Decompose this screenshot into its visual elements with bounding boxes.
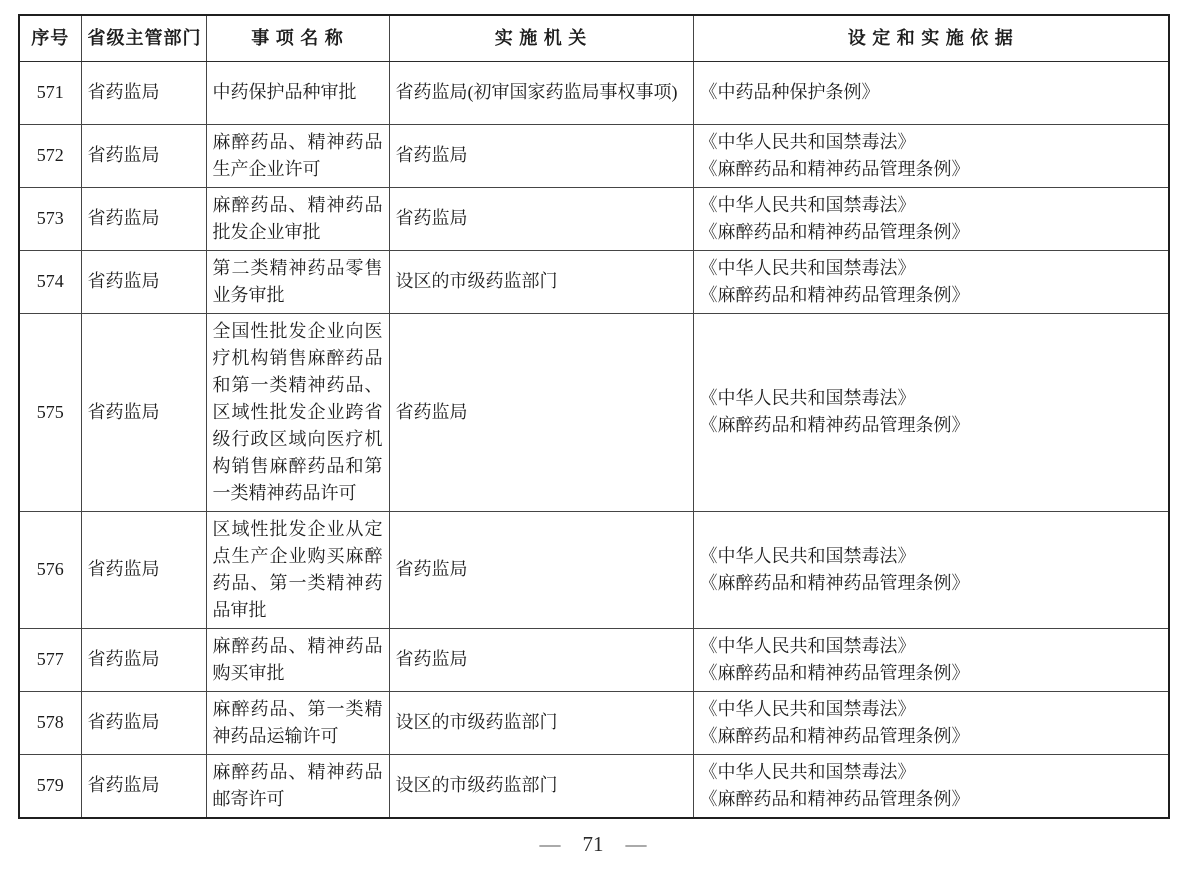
cell-serial-number: 577 (19, 628, 81, 691)
cell-implementing-agency: 省药监局 (389, 187, 693, 250)
cell-legal-basis: 《中华人民共和国禁毒法》 《麻醉药品和精神药品管理条例》 (693, 124, 1169, 187)
column-header-3: 实 施 机 关 (389, 15, 693, 61)
cell-item-name: 麻醉药品、精神药品生产企业许可 (206, 124, 389, 187)
table-row: 573省药监局麻醉药品、精神药品批发企业审批省药监局《中华人民共和国禁毒法》 《… (19, 187, 1169, 250)
cell-serial-number: 578 (19, 691, 81, 754)
cell-serial-number: 573 (19, 187, 81, 250)
cell-implementing-agency: 设区的市级药监部门 (389, 754, 693, 818)
cell-implementing-agency: 省药监局 (389, 628, 693, 691)
cell-legal-basis: 《中华人民共和国禁毒法》 《麻醉药品和精神药品管理条例》 (693, 313, 1169, 511)
table-row: 575省药监局全国性批发企业向医疗机构销售麻醉药品和第一类精神药品、区域性批发企… (19, 313, 1169, 511)
cell-item-name: 第二类精神药品零售业务审批 (206, 250, 389, 313)
cell-department: 省药监局 (81, 250, 206, 313)
cell-implementing-agency: 省药监局 (389, 313, 693, 511)
table-row: 572省药监局麻醉药品、精神药品生产企业许可省药监局《中华人民共和国禁毒法》 《… (19, 124, 1169, 187)
table-row: 577省药监局麻醉药品、精神药品购买审批省药监局《中华人民共和国禁毒法》 《麻醉… (19, 628, 1169, 691)
cell-legal-basis: 《中药品种保护条例》 (693, 61, 1169, 124)
table-row: 579省药监局麻醉药品、精神药品邮寄许可设区的市级药监部门《中华人民共和国禁毒法… (19, 754, 1169, 818)
footer-right-dash: — (626, 832, 647, 857)
cell-department: 省药监局 (81, 511, 206, 628)
document-page: 序号省级主管部门事 项 名 称实 施 机 关设 定 和 实 施 依 据 571省… (0, 0, 1186, 883)
cell-department: 省药监局 (81, 61, 206, 124)
cell-serial-number: 575 (19, 313, 81, 511)
table-row: 576省药监局区域性批发企业从定点生产企业购买麻醉药品、第一类精神药品审批省药监… (19, 511, 1169, 628)
column-header-2: 事 项 名 称 (206, 15, 389, 61)
column-header-0: 序号 (19, 15, 81, 61)
cell-implementing-agency: 省药监局(初审国家药监局事权事项) (389, 61, 693, 124)
cell-implementing-agency: 省药监局 (389, 124, 693, 187)
cell-serial-number: 574 (19, 250, 81, 313)
cell-serial-number: 579 (19, 754, 81, 818)
cell-item-name: 全国性批发企业向医疗机构销售麻醉药品和第一类精神药品、区域性批发企业跨省级行政区… (206, 313, 389, 511)
table-body: 571省药监局中药保护品种审批省药监局(初审国家药监局事权事项)《中药品种保护条… (19, 61, 1169, 818)
cell-item-name: 麻醉药品、精神药品邮寄许可 (206, 754, 389, 818)
cell-department: 省药监局 (81, 691, 206, 754)
table-row: 574省药监局第二类精神药品零售业务审批设区的市级药监部门《中华人民共和国禁毒法… (19, 250, 1169, 313)
cell-legal-basis: 《中华人民共和国禁毒法》 《麻醉药品和精神药品管理条例》 (693, 628, 1169, 691)
cell-implementing-agency: 设区的市级药监部门 (389, 691, 693, 754)
cell-serial-number: 576 (19, 511, 81, 628)
cell-item-name: 区域性批发企业从定点生产企业购买麻醉药品、第一类精神药品审批 (206, 511, 389, 628)
column-header-1: 省级主管部门 (81, 15, 206, 61)
cell-serial-number: 571 (19, 61, 81, 124)
cell-department: 省药监局 (81, 313, 206, 511)
column-header-4: 设 定 和 实 施 依 据 (693, 15, 1169, 61)
cell-implementing-agency: 设区的市级药监部门 (389, 250, 693, 313)
cell-department: 省药监局 (81, 628, 206, 691)
table-header-row: 序号省级主管部门事 项 名 称实 施 机 关设 定 和 实 施 依 据 (19, 15, 1169, 61)
cell-item-name: 麻醉药品、第一类精神药品运输许可 (206, 691, 389, 754)
table-head: 序号省级主管部门事 项 名 称实 施 机 关设 定 和 实 施 依 据 (19, 15, 1169, 61)
cell-implementing-agency: 省药监局 (389, 511, 693, 628)
cell-department: 省药监局 (81, 187, 206, 250)
cell-legal-basis: 《中华人民共和国禁毒法》 《麻醉药品和精神药品管理条例》 (693, 511, 1169, 628)
cell-item-name: 麻醉药品、精神药品购买审批 (206, 628, 389, 691)
page-footer: — 71 — (0, 832, 1186, 857)
cell-serial-number: 572 (19, 124, 81, 187)
page-number: 71 (583, 832, 604, 857)
cell-department: 省药监局 (81, 124, 206, 187)
cell-legal-basis: 《中华人民共和国禁毒法》 《麻醉药品和精神药品管理条例》 (693, 187, 1169, 250)
cell-item-name: 中药保护品种审批 (206, 61, 389, 124)
cell-legal-basis: 《中华人民共和国禁毒法》 《麻醉药品和精神药品管理条例》 (693, 691, 1169, 754)
table-row: 571省药监局中药保护品种审批省药监局(初审国家药监局事权事项)《中药品种保护条… (19, 61, 1169, 124)
table-row: 578省药监局麻醉药品、第一类精神药品运输许可设区的市级药监部门《中华人民共和国… (19, 691, 1169, 754)
cell-department: 省药监局 (81, 754, 206, 818)
approval-items-table: 序号省级主管部门事 项 名 称实 施 机 关设 定 和 实 施 依 据 571省… (18, 14, 1170, 819)
cell-legal-basis: 《中华人民共和国禁毒法》 《麻醉药品和精神药品管理条例》 (693, 754, 1169, 818)
cell-legal-basis: 《中华人民共和国禁毒法》 《麻醉药品和精神药品管理条例》 (693, 250, 1169, 313)
footer-left-dash: — (540, 832, 561, 857)
cell-item-name: 麻醉药品、精神药品批发企业审批 (206, 187, 389, 250)
